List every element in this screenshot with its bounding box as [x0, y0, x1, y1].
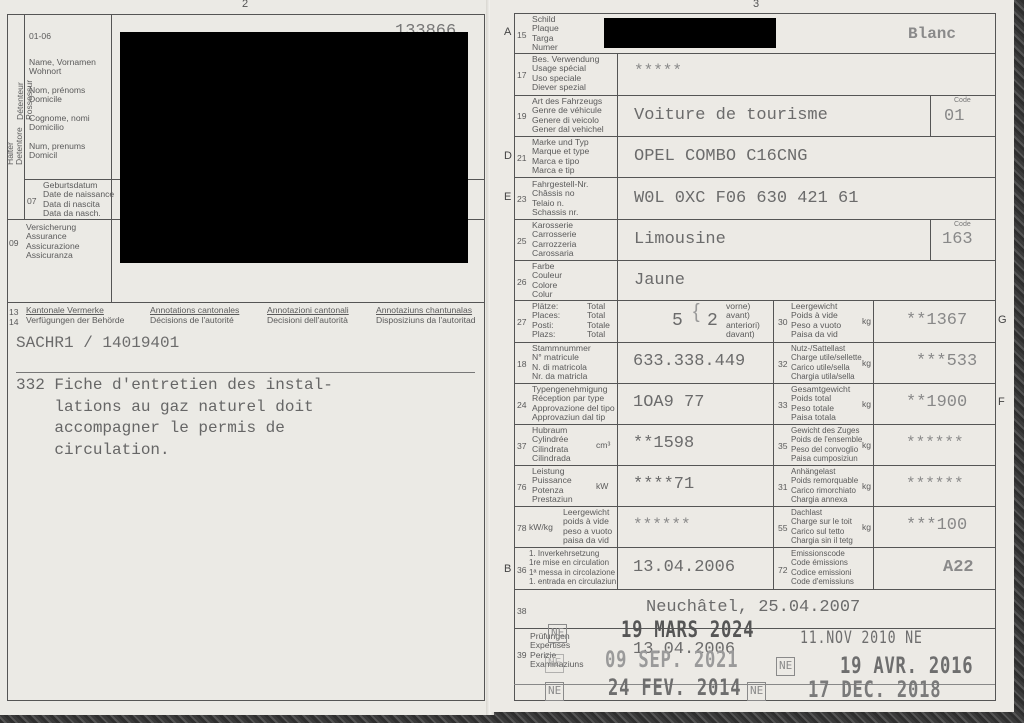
code-13: 13 [9, 307, 19, 317]
row-37-code: 37 [517, 441, 527, 451]
row-26-label: Farbe Couleur Colore Colur [532, 262, 562, 300]
seats-brace: { [693, 308, 700, 317]
inspection-stamp-2014: 24 FEV. 2014 [608, 676, 741, 701]
annotations-de-title: Kantonale Vermerke [26, 306, 104, 315]
row-35-unit: kg [862, 441, 871, 450]
row-36-label: 1. Inverkehrsetzung 1re mise en circulat… [529, 549, 616, 587]
row-21-code: 21 [517, 153, 527, 163]
row-25-code: 25 [517, 236, 527, 246]
row-38-code: 38 [517, 606, 527, 616]
row-divider [514, 424, 995, 425]
row-24-code: 24 [517, 400, 527, 410]
vehicle-type-code-label: Code [954, 97, 971, 104]
inspection-stamp-2018: 17 DEC. 2018 [808, 678, 941, 703]
row-32-code: 32 [778, 359, 788, 369]
annotation-text: 332 Fiche d'entretien des instal- lation… [16, 375, 333, 461]
towing-weight-value: ****** [906, 475, 964, 493]
inspection-stamp-2010: 11.NOV 2010 NE [800, 628, 923, 648]
row-15-label: Schild Plaque Targa Numer [532, 15, 559, 53]
frame-left [7, 14, 8, 700]
row-31-code: 31 [778, 482, 788, 492]
field-07-label: Geburtsdatum Date de naissance Data di n… [43, 181, 114, 219]
annotations-de-sub: Verfügungen der Behörde [26, 316, 124, 325]
side-marker-a: A [504, 26, 511, 38]
row-72-label: Emissionscode Code émissions Codice emis… [791, 549, 854, 587]
type-approval-value: 1OA9 77 [633, 393, 704, 412]
row-19-label: Art des Fahrzeugs Genre de véhicule Gene… [532, 97, 604, 135]
right-label-divider [873, 300, 874, 589]
train-weight-value: ****** [906, 434, 964, 452]
row-19-code: 19 [517, 111, 527, 121]
row-39-code: 39 [517, 650, 527, 660]
annotations-fr-title: Annotations cantonales [150, 306, 239, 315]
inspection-stamp-2016: 19 AVR. 2016 [840, 654, 973, 679]
body-type-code: 163 [942, 230, 973, 249]
annotations-it-title: Annotazioni cantonali [267, 306, 349, 315]
row-divider [514, 260, 995, 261]
right-page: 3 A 15 Schild Plaque Targa Numer Blanc 1… [490, 0, 1014, 712]
annotations-fr-sub: Décisions de l'autorité [150, 316, 234, 325]
field-01-06-label-it: Cognome, nomi Domicilio [29, 114, 90, 133]
row-27-code: 27 [517, 317, 527, 327]
annotations-rm-title: Annotaziuns chantunalas [376, 306, 472, 315]
page-number-left: 2 [242, 0, 248, 10]
row-18-code: 18 [517, 359, 527, 369]
side-marker-e: E [504, 191, 511, 203]
row-30-label: Leergewicht Poids à vide Peso a vuoto Pa… [791, 302, 841, 340]
inspection-stamp-box: NE [545, 682, 564, 701]
row-33-code: 33 [778, 400, 788, 410]
seats-front-value: 2 [707, 311, 718, 331]
redacted-plate-number [604, 18, 776, 48]
label-column-divider [111, 14, 112, 302]
inspection-stamp-box: NE [747, 682, 766, 701]
issue-place-date-value: Neuchâtel, 25.04.2007 [646, 598, 860, 617]
code-14: 14 [9, 317, 19, 327]
payload-value: ***533 [916, 352, 977, 371]
row-36-code: 36 [517, 565, 527, 575]
row-35-label: Gewicht des Zuges Poids de l'ensemble Pe… [791, 426, 862, 464]
middle-column-divider [773, 300, 774, 589]
side-marker-d: D [504, 150, 512, 162]
annotations-it-sub: Decisioni dell'autorità [267, 316, 348, 325]
field-01-06-label-fr: Nom, prénoms Domicile [29, 86, 85, 105]
frame-right [995, 13, 996, 701]
row-divider [514, 589, 995, 590]
row-27-label-total: Total Total Totale Total [587, 302, 610, 340]
row-55-code: 55 [778, 523, 788, 533]
row-23-label: Fahrgestell-Nr. Châssis no Telaio n. Sch… [532, 180, 588, 218]
row-18-label: Stammnummer N° matricule N. di matricola… [532, 344, 591, 382]
inspection-stamp-box: NE [545, 654, 564, 673]
empty-weight-value: **1367 [906, 311, 967, 330]
total-weight-value: **1900 [906, 393, 967, 412]
row-55-label: Dachlast Charge sur le toit Carico sul t… [791, 508, 853, 546]
row-78-label: Leergewicht poids à vide peso a vuoto pa… [563, 508, 612, 546]
field-01-06-label-rm: Num, prenums Domicil [29, 142, 85, 161]
body-type-code-label: Code [954, 221, 971, 228]
field-09-label: Versicherung Assurance Assicurazione Ass… [26, 223, 80, 261]
frame-left [514, 13, 515, 701]
side-marker-g: G [998, 314, 1007, 326]
row-27-label: Plätze: Places: Posti: Plazs: [532, 302, 560, 340]
annotation-separator [16, 372, 475, 373]
frame-bottom [7, 700, 485, 701]
chassis-number-value: W0L 0XC F06 630 421 61 [634, 189, 858, 208]
row-32-label: Nutz-/Sattellast Charge utile/sellette C… [791, 344, 862, 382]
vehicle-type-value: Voiture de tourisme [634, 106, 828, 125]
seats-total-value: 5 [672, 311, 683, 331]
row-33-label: Gesamtgewicht Poids total Peso totale Pa… [791, 385, 850, 423]
row-17-label: Bes. Verwendung Usage spécial Uso specia… [532, 55, 599, 93]
row-31-label: Anhängelast Poids remorquable Carico rim… [791, 467, 858, 505]
make-model-value: OPEL COMBO C16CNG [634, 147, 807, 166]
page-number-right: 3 [753, 0, 759, 10]
row-15-code: 15 [517, 30, 527, 40]
row-37-unit: cm³ [596, 441, 610, 450]
first-registration-value: 13.04.2006 [633, 558, 735, 577]
roof-load-value: ***100 [906, 516, 967, 535]
field-07-code: 07 [27, 196, 37, 206]
redacted-holder-block [120, 32, 468, 263]
annotations-rm-sub: Disposiziuns da l'autoritad [376, 316, 476, 325]
power-value: ****71 [633, 475, 694, 494]
row-72-code: 72 [778, 565, 788, 575]
row-55-unit: kg [862, 523, 871, 532]
emission-code-value: A22 [943, 558, 974, 577]
row-32-unit: kg [862, 359, 871, 368]
frame-top [514, 13, 995, 14]
code-box-divider-25 [930, 219, 931, 260]
row-divider [514, 219, 995, 220]
inspection-stamp-2021: 09 SEP. 2021 [605, 648, 738, 673]
row-divider [514, 628, 995, 629]
row-30-code: 30 [778, 317, 788, 327]
inspection-stamp-2024: 19 MARS 2024 [621, 618, 754, 643]
row-76-code: 76 [517, 482, 527, 492]
field-01-06-code: 01-06 [29, 32, 51, 41]
row-divider [514, 547, 995, 548]
row-35-code: 35 [778, 441, 788, 451]
row-76-unit: kW [596, 482, 608, 491]
row-21-label: Marke und Typ Marque et type Marca e tip… [532, 138, 589, 176]
insurance-row-divider [7, 302, 485, 303]
plate-value: Blanc [908, 25, 956, 43]
annotation-reference: SACHR1 / 14019401 [16, 334, 179, 352]
holder-side-label-de-it: Halter Detentore [6, 127, 25, 165]
field-09-code: 09 [9, 238, 19, 248]
inspection-stamp-box: NE [776, 657, 795, 676]
code-box-divider-19 [930, 95, 931, 136]
left-page: 2 Halter Detentore Détenteur Possessur 0… [0, 0, 492, 715]
row-31-unit: kg [862, 482, 871, 491]
frame-right [484, 14, 485, 700]
row-17-code: 17 [517, 70, 527, 80]
row-76-label: Leistung Puissance Potenza Prestaziun [532, 467, 573, 505]
row-78-code: 78 [517, 523, 527, 533]
base-number-value: 633.338.449 [633, 352, 745, 371]
row-divider [514, 465, 995, 466]
row-23-code: 23 [517, 194, 527, 204]
row-24-label: Typengenehmigung Réception par type Appr… [532, 385, 615, 423]
row-37-label: Hubraum Cylindrée Cilindrata Cilindrada [532, 426, 571, 464]
row-30-unit: kg [862, 317, 871, 326]
side-marker-b: B [504, 563, 511, 575]
frame-top [7, 14, 485, 15]
row-26-code: 26 [517, 277, 527, 287]
color-value: Jaune [634, 271, 685, 290]
row-divider [514, 177, 995, 178]
row-25-label: Karosserie Carrosserie Carrozzeria Caros… [532, 221, 576, 259]
special-usage-value: ***** [634, 62, 682, 80]
label-column-divider [617, 53, 618, 589]
vehicle-type-code: 01 [944, 107, 964, 126]
displacement-value: **1598 [633, 434, 694, 453]
inspection-stamp-box: NE [548, 624, 567, 643]
power-weight-value: ****** [633, 516, 691, 534]
row-78-unit: kW/kg [529, 523, 553, 532]
body-type-value: Limousine [634, 230, 726, 249]
seats-front-label: vorne) avant) anteriori) davant) [726, 302, 760, 340]
row-33-unit: kg [862, 400, 871, 409]
field-01-06-label-de: Name, Vornamen Wohnort [29, 58, 96, 77]
side-marker-f: F [998, 396, 1005, 408]
